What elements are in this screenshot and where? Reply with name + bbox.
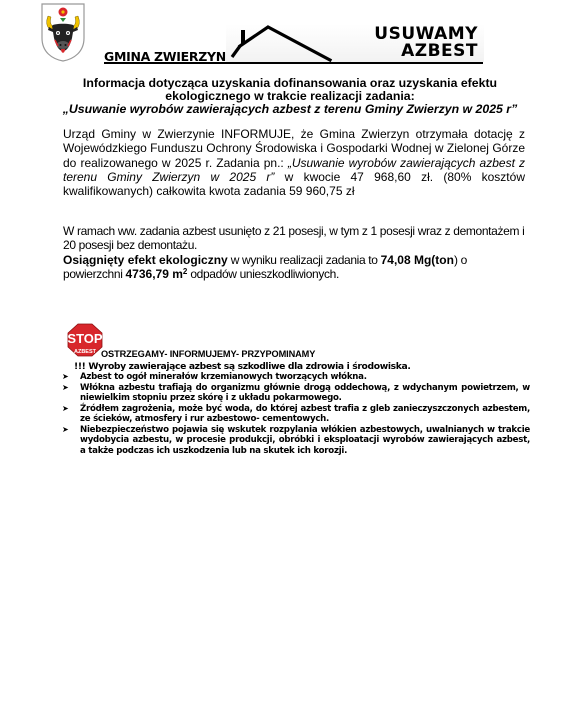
house-roof-icon xyxy=(226,24,356,62)
warning-bullet-list: ➤Azbest to ogół minerałów krzemianowych … xyxy=(62,372,530,456)
bullet-text: Źródłem zagrożenia, może być woda, do kt… xyxy=(80,404,530,425)
list-item: ➤Źródłem zagrożenia, może być woda, do k… xyxy=(62,404,530,425)
coat-of-arms-icon xyxy=(40,2,86,62)
arrowhead-bullet-icon: ➤ xyxy=(62,372,68,383)
ecological-effect: Osiągnięty efekt ekologiczny w wyniku re… xyxy=(63,253,525,282)
mass-unit: ton xyxy=(435,253,454,267)
list-item: ➤Włókna azbestu trafiają do organizmu gł… xyxy=(62,383,530,404)
stop-sign-icon: STOP AZBEST xyxy=(67,323,103,357)
arrowhead-bullet-icon: ➤ xyxy=(62,404,68,415)
campaign-logo: USUWAMY AZBEST xyxy=(226,24,484,62)
stop-text: STOP xyxy=(67,331,102,346)
effect-text: w wyniku realizacji zadania to xyxy=(228,253,381,267)
warning-heading: OSTRZEGAMY- INFORMUJEMY- PRZYPOMINAMY xyxy=(101,349,315,359)
logo-text-line2: AZBEST xyxy=(401,43,478,60)
arrowhead-bullet-icon: ➤ xyxy=(62,383,68,394)
mass-value: 74,08 Mg( xyxy=(381,253,436,267)
area-number: 4736,79 m xyxy=(126,267,183,281)
arrowhead-bullet-icon: ➤ xyxy=(62,425,68,436)
removal-summary: W ramach ww. zadania azbest usunięto z 2… xyxy=(63,224,525,253)
results-paragraph: W ramach ww. zadania azbest usunięto z 2… xyxy=(63,224,525,281)
area-suffix: odpadów unieszkodliwionych. xyxy=(187,267,339,281)
header-divider xyxy=(104,62,483,64)
stop-subtext: AZBEST xyxy=(74,349,97,355)
bullet-text: Niebezpieczeństwo pojawia się wskutek ro… xyxy=(80,425,530,456)
area-value: 4736,79 m2 xyxy=(126,267,188,281)
bullet-text: Włókna azbestu trafiają do organizmu głó… xyxy=(80,383,530,404)
bullet-text: Azbest to ogół minerałów krzemianowych t… xyxy=(80,372,367,382)
warning-lead: !!! Wyroby zawierające azbest są szkodli… xyxy=(74,361,411,372)
funding-paragraph: Urząd Gminy w Zwierzynie INFORMUJE, że G… xyxy=(63,127,525,198)
effect-label: Osiągnięty efekt ekologiczny xyxy=(63,253,228,267)
list-item: ➤Niebezpieczeństwo pojawia się wskutek r… xyxy=(62,425,530,457)
list-item: ➤Azbest to ogół minerałów krzemianowych … xyxy=(62,372,530,383)
document-title: Informacja dotycząca uzyskania dofinanso… xyxy=(60,77,520,116)
title-task-name: „Usuwanie wyrobów zawierających azbest z… xyxy=(60,103,520,116)
